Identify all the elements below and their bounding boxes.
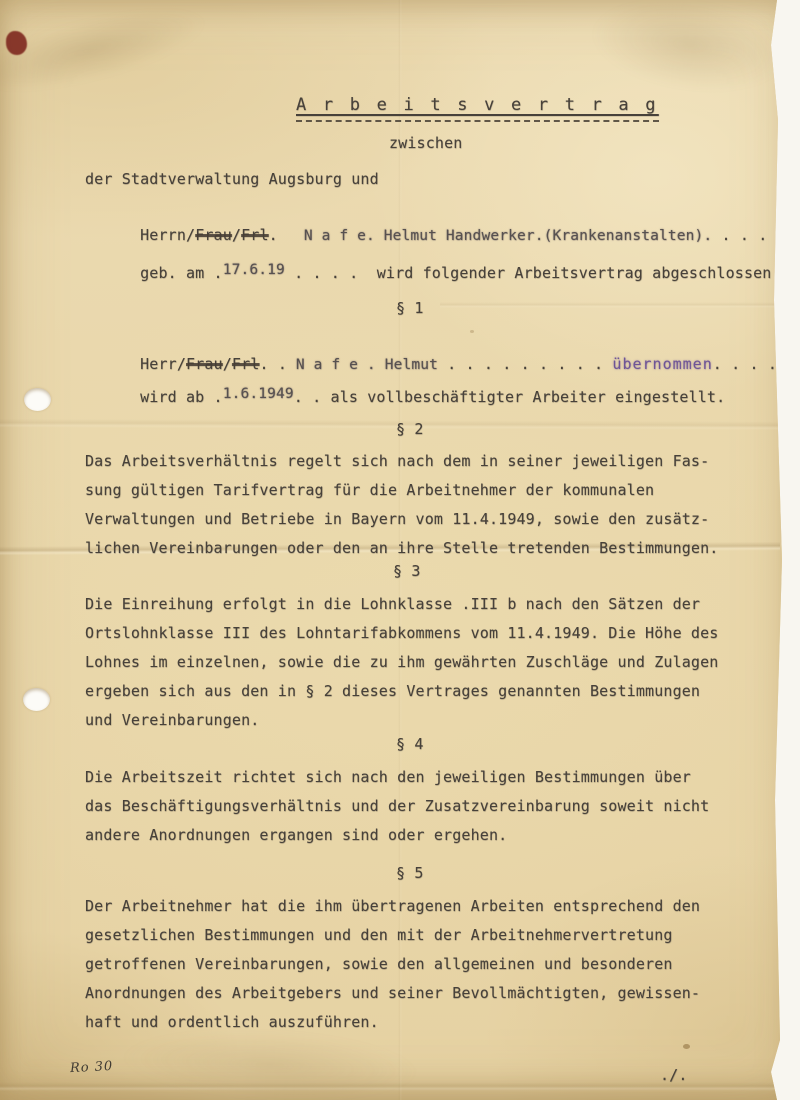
section-4-body: Die Arbeitszeit richtet sich nach den je… xyxy=(85,763,765,850)
start-prefix: wird ab . xyxy=(140,388,223,406)
dots-mid: . . xyxy=(294,388,331,406)
section-3-heading: § 3 xyxy=(393,562,421,580)
section-1-heading: § 1 xyxy=(396,299,424,317)
handwritten-reference-mark: Ro 30 xyxy=(70,1059,114,1076)
intro-line: der Stadtverwaltung Augsburg und xyxy=(85,170,379,188)
birth-prefix: geb. am . xyxy=(140,264,223,282)
salutation-herrn: Herrn/ xyxy=(140,226,195,244)
scanned-document: A r b e i t s v e r t r a g zwischen der… xyxy=(0,0,800,1100)
page-title: A r b e i t s v e r t r a g xyxy=(296,95,659,122)
wrinkle-shadow-top-left xyxy=(0,0,214,108)
birth-date-fill: 17.6.19 xyxy=(223,262,285,278)
punch-hole-lower xyxy=(23,688,50,711)
dotted-line: . . . . xyxy=(285,264,377,282)
struck-frau: Frau xyxy=(195,226,232,244)
subtitle: zwischen xyxy=(389,134,462,152)
title-block: A r b e i t s v e r t r a g xyxy=(296,95,659,115)
birth-line: geb. am .17.6.19 . . . . wird folgender … xyxy=(85,246,781,300)
slash: / xyxy=(232,226,241,244)
employee-name-fill: N a f e. Helmut Handwerker.(Krankenansta… xyxy=(304,228,712,244)
period: . xyxy=(269,226,278,244)
section-2-body: Das Arbeitsverhältnis regelt sich nach d… xyxy=(85,447,745,563)
section-2-heading: § 2 xyxy=(396,420,424,438)
horizontal-crease-right xyxy=(440,302,780,308)
paper-speck xyxy=(683,1044,690,1049)
start-rest: als vollbeschäftigter Arbeiter eingestel… xyxy=(331,388,726,406)
birth-rest: wird folgender Arbeitsvertrag abgeschlos… xyxy=(377,264,781,282)
dotted-line: . . . . . . xyxy=(712,226,800,244)
section-1-line-2: wird ab .1.6.1949. . als vollbeschäftigt… xyxy=(85,370,725,424)
wrinkle-shadow-top-right xyxy=(585,0,796,103)
paper-speck-small xyxy=(470,330,474,333)
section-3-body: Die Einreihung erfolgt in die Lohnklasse… xyxy=(85,590,765,735)
section-5-body: Der Arbeitnehmer hat die ihm übertragene… xyxy=(85,892,765,1037)
red-ink-mark xyxy=(6,31,27,55)
paper-sheet: A r b e i t s v e r t r a g zwischen der… xyxy=(0,0,800,1100)
continuation-mark: ./. xyxy=(660,1066,688,1084)
struck-frl: Frl xyxy=(241,226,269,244)
punch-hole-upper xyxy=(24,388,51,411)
start-date-fill: 1.6.1949 xyxy=(223,386,294,402)
section-4-heading: § 4 xyxy=(396,735,424,753)
section-5-heading: § 5 xyxy=(396,864,424,882)
